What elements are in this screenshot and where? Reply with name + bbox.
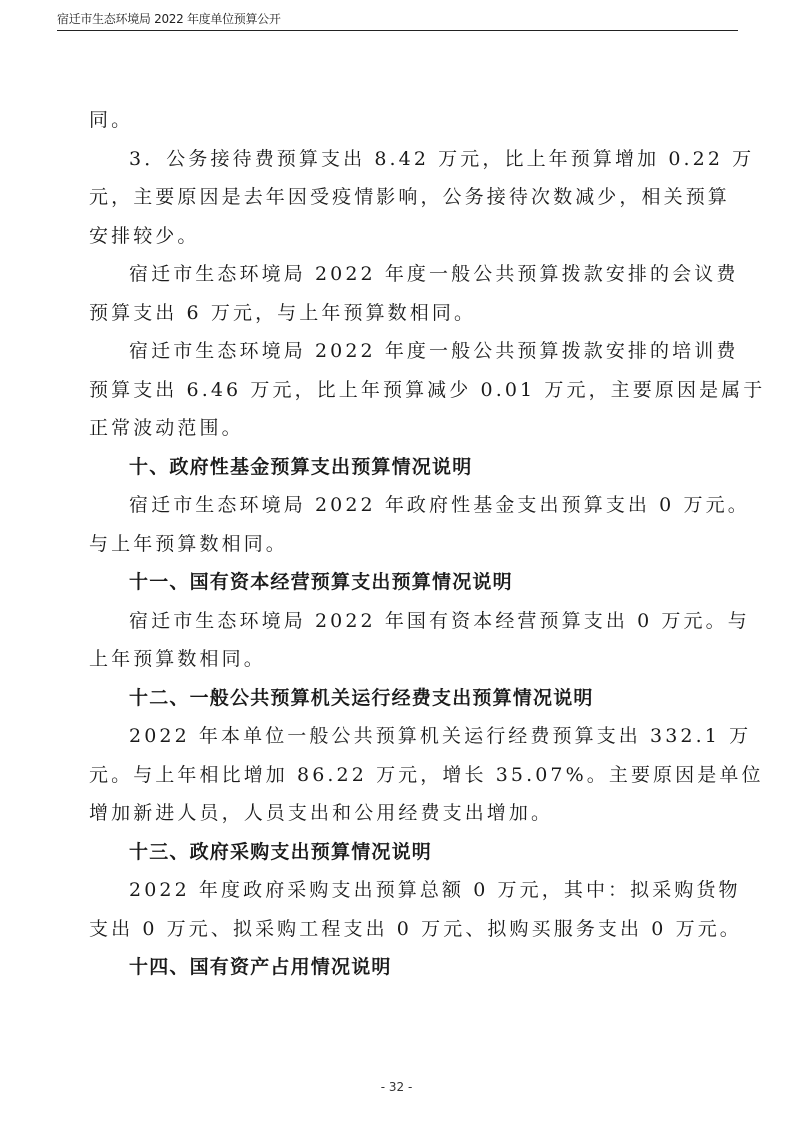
body-line: 3．公务接待费预算支出 8.42 万元，比上年预算增加 0.22 万 xyxy=(89,145,716,184)
section-heading-11: 十一、国有资本经营预算支出预算情况说明 xyxy=(89,568,716,607)
body-line: 与上年预算数相同。 xyxy=(89,530,716,569)
section-heading-10: 十、政府性基金预算支出预算情况说明 xyxy=(89,453,716,492)
body-line: 元。与上年相比增加 86.22 万元，增长 35.07%。主要原因是单位 xyxy=(89,761,716,800)
body-line: 预算支出 6.46 万元，比上年预算减少 0.01 万元，主要原因是属于 xyxy=(89,376,716,415)
body-line: 预算支出 6 万元，与上年预算数相同。 xyxy=(89,299,716,338)
body-line: 元，主要原因是去年因受疫情影响，公务接待次数减少，相关预算 xyxy=(89,183,716,222)
body-line: 宿迁市生态环境局 2022 年度一般公共预算拨款安排的会议费 xyxy=(89,260,716,299)
body-line: 宿迁市生态环境局 2022 年度一般公共预算拨款安排的培训费 xyxy=(89,337,716,376)
body-line: 上年预算数相同。 xyxy=(89,645,716,684)
section-heading-13: 十三、政府采购支出预算情况说明 xyxy=(89,838,716,877)
section-heading-12: 十二、一般公共预算机关运行经费支出预算情况说明 xyxy=(89,684,716,723)
body-line: 2022 年本单位一般公共预算机关运行经费预算支出 332.1 万 xyxy=(89,722,716,761)
header-divider xyxy=(57,30,738,31)
page-number: - 32 - xyxy=(0,1080,793,1094)
section-heading-14: 十四、国有资产占用情况说明 xyxy=(89,953,716,992)
body-line: 正常波动范围。 xyxy=(89,414,716,453)
document-body: 同。 3．公务接待费预算支出 8.42 万元，比上年预算增加 0.22 万 元，… xyxy=(89,106,716,992)
body-line: 2022 年度政府采购支出预算总额 0 万元，其中：拟采购货物 xyxy=(89,876,716,915)
body-line: 增加新进人员，人员支出和公用经费支出增加。 xyxy=(89,799,716,838)
body-line: 同。 xyxy=(89,106,716,145)
body-line: 支出 0 万元、拟采购工程支出 0 万元、拟购买服务支出 0 万元。 xyxy=(89,915,716,954)
page-header: 宿迁市生态环境局 2022 年度单位预算公开 xyxy=(57,10,737,27)
body-line: 安排较少。 xyxy=(89,222,716,261)
body-line: 宿迁市生态环境局 2022 年国有资本经营预算支出 0 万元。与 xyxy=(89,607,716,646)
body-line: 宿迁市生态环境局 2022 年政府性基金支出预算支出 0 万元。 xyxy=(89,491,716,530)
